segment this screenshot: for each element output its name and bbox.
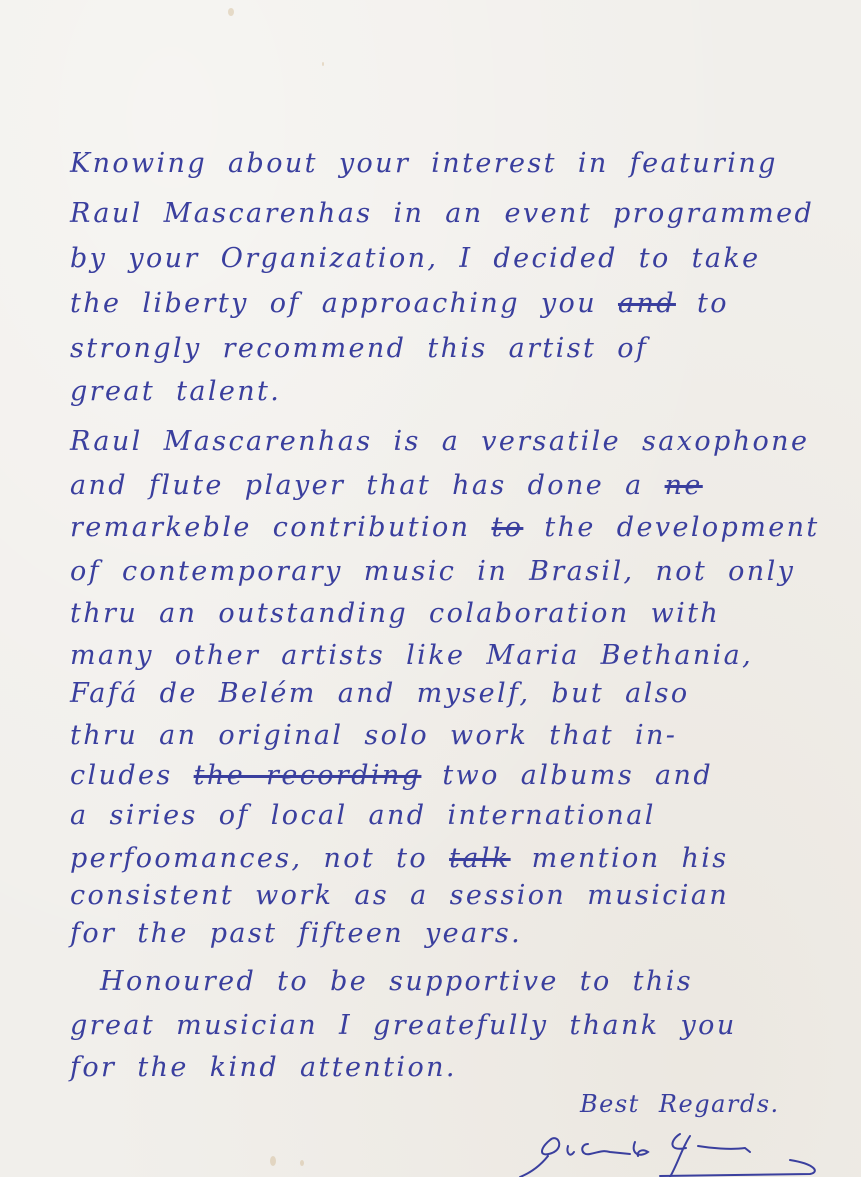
paper-stain — [300, 1160, 304, 1166]
paper-stain — [228, 8, 234, 16]
struck-word: talk — [449, 843, 511, 874]
letter-text: remarkeble contribution — [70, 512, 470, 543]
letter-line: for the past fifteen years. — [70, 920, 522, 947]
letter-line: for the kind attention. — [70, 1054, 457, 1081]
letter-paper: Knowing about your interest in featuring… — [0, 0, 861, 1177]
letter-line: a siries of local and international — [70, 802, 656, 829]
struck-word: the recording — [194, 760, 422, 791]
letter-line: Knowing about your interest in featuring — [70, 150, 778, 177]
letter-line: the liberty of approaching you and to — [70, 290, 729, 317]
letter-text: to — [697, 288, 729, 319]
struck-word: and — [618, 288, 676, 319]
letter-text: two albums and — [442, 760, 713, 791]
closing-salutation: Best Regards. — [580, 1092, 780, 1116]
letter-line: consistent work as a session musician — [70, 882, 729, 909]
letter-line: Fafá de Belém and myself, but also — [70, 680, 690, 707]
letter-text: the liberty of approaching you — [70, 288, 597, 319]
letter-text: mention his — [532, 843, 729, 874]
letter-line: remarkeble contribution to the developme… — [70, 514, 820, 541]
letter-line: great talent. — [70, 378, 281, 405]
letter-line: perfoomances, not to talk mention his — [70, 845, 729, 872]
letter-line: of contemporary music in Brasil, not onl… — [70, 558, 795, 585]
letter-text: and flute player that has done a — [70, 470, 644, 501]
letter-line: by your Organization, I decided to take — [70, 245, 761, 272]
letter-line: strongly recommend this artist of — [70, 335, 648, 362]
signature — [510, 1128, 830, 1177]
struck-word: ne — [665, 470, 703, 501]
paper-stain — [270, 1156, 276, 1166]
letter-line: thru an original solo work that in- — [70, 722, 677, 749]
letter-line: Raul Mascarenhas in an event programmed — [70, 200, 814, 227]
struck-word: to — [491, 512, 523, 543]
paper-stain — [322, 62, 324, 66]
letter-line: and flute player that has done a ne — [70, 472, 703, 499]
letter-text: the development — [544, 512, 819, 543]
letter-line: great musician I greatefully thank you — [70, 1012, 737, 1039]
letter-line: cludes the recording two albums and — [70, 762, 713, 789]
letter-line: many other artists like Maria Bethania, — [70, 642, 753, 669]
letter-line: thru an outstanding colaboration with — [70, 600, 720, 627]
letter-line: Honoured to be supportive to this — [100, 968, 693, 995]
letter-text: cludes — [70, 760, 173, 791]
letter-line: Raul Mascarenhas is a versatile saxophon… — [70, 428, 809, 455]
letter-text: perfoomances, not to — [70, 843, 428, 874]
